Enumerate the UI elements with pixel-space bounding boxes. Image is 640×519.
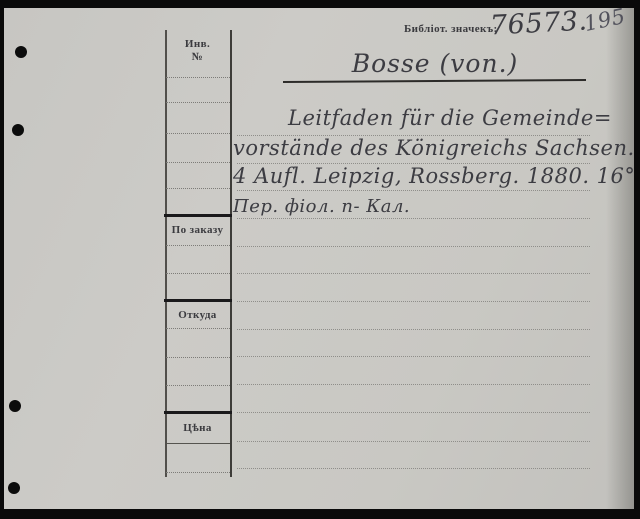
entry-line: 4 Aufl. Leipzig, Rossberg. 1880. 16°	[233, 164, 635, 188]
section-divider	[164, 299, 232, 302]
entry-line: vorstände des Königreichs Sachsen.	[233, 136, 635, 160]
ruled-line	[237, 273, 590, 274]
ruled-line	[237, 412, 590, 413]
order-label: По заказу	[165, 224, 230, 237]
ruled-line	[166, 102, 230, 103]
punch-hole	[8, 482, 20, 494]
paper-edge-shadow	[606, 8, 634, 509]
inventory-column-left-rule	[165, 30, 167, 477]
ruled-line	[166, 385, 230, 386]
section-divider	[164, 214, 232, 217]
ruled-line	[237, 356, 590, 357]
punch-hole	[12, 124, 24, 136]
price-label-underline	[167, 443, 230, 444]
ruled-line	[237, 246, 590, 247]
punch-hole	[15, 46, 27, 58]
handwritten-stamp-number: 76573.	[489, 5, 588, 41]
section-divider	[164, 411, 232, 414]
ruled-line	[237, 468, 590, 469]
ruled-line	[166, 77, 230, 78]
ruled-line	[166, 245, 230, 246]
price-label: Цѣна	[165, 422, 230, 435]
ruled-line	[166, 162, 230, 163]
ruled-line	[166, 328, 230, 329]
card-paper	[4, 8, 634, 509]
ruled-line	[166, 188, 230, 189]
ruled-line	[237, 329, 590, 330]
ruled-line	[166, 472, 230, 473]
ruled-line	[237, 190, 590, 191]
ruled-line	[166, 357, 230, 358]
inventory-label-text: Инв.	[185, 38, 210, 50]
scanned-catalog-card: Инв. № По заказу Откуда Цѣна Библіот. зн…	[0, 0, 640, 519]
inventory-number-label: Инв. №	[165, 38, 230, 64]
source-label: Откуда	[165, 309, 230, 322]
entry-line-binding-note: Пер. фіол. п- Кал.	[233, 196, 410, 217]
ruled-line	[166, 273, 230, 274]
inventory-column-right-rule	[230, 30, 232, 477]
library-stamp-label: Библіот. значекъ:	[404, 23, 498, 36]
entry-line: Leitfaden für die Gemeinde=	[288, 106, 612, 130]
punch-hole	[9, 400, 21, 412]
ruled-line	[237, 218, 590, 219]
author-heading: Bosse (von.)	[295, 49, 575, 78]
ruled-line	[166, 133, 230, 134]
ruled-line	[237, 384, 590, 385]
ruled-line	[237, 301, 590, 302]
number-sign: №	[192, 51, 203, 63]
ruled-line	[237, 441, 590, 442]
